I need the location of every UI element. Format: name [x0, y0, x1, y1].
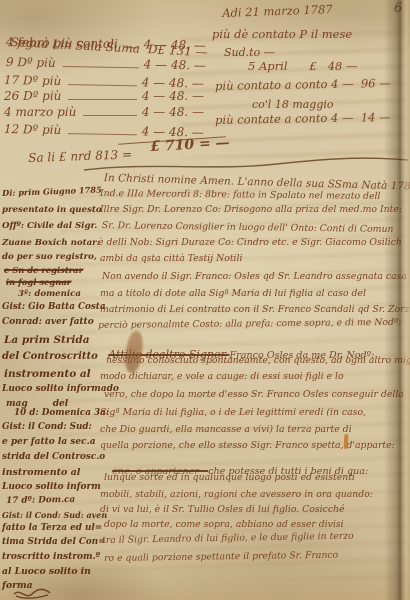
ledger-leader-line [125, 47, 139, 48]
body-line: è delli Nob: Sigri Duraze Co: Cindro etc… [98, 238, 402, 247]
body-line: modo dichiarar, e vole a cauge: di essi … [100, 372, 344, 381]
margin-note: Zuane Boxich notar: [2, 239, 100, 248]
body-line: Ind.e IIIa Mercordì 8: 8bre: fatto in Sp… [100, 189, 381, 201]
page-edge-shadow [384, 0, 410, 600]
margin-note: Luoco solito inform [2, 483, 101, 492]
margin-note: 17 dº: Dom.ca [6, 496, 75, 506]
ledger-row: 17 Dº più4 — 48. — [4, 74, 204, 90]
body-line: dopo la morte, come sopra, abbiano ad es… [104, 520, 344, 529]
ledger-row-amount: 4 — 48. — [142, 106, 204, 118]
ledger-row-label: 26 Dº più [4, 90, 61, 102]
body-line: vero, che dopo la morte d'esso Sr. Franc… [104, 390, 404, 399]
ledger-right-note: più contate a conto 4 — 14 — [215, 112, 391, 127]
ledger-right-note: Sud.to — [224, 47, 275, 58]
ledger-row-amount: 4 — 48. — [144, 38, 206, 51]
ledger-right-note: 5 April £ 48 — [248, 61, 358, 73]
body-line: Illre Sigr. Dr. Lorenzo Co: Drisogono al… [100, 205, 402, 214]
body-line: che Dio guardi, ella mancasse a vivi) la… [100, 425, 352, 434]
ledger-row-amount: 4 — 48. — [142, 90, 204, 102]
ledger-leader-line [68, 99, 136, 100]
ledger-row-label: 4 marzo più [4, 106, 76, 118]
ledger-row-label: 17 Dº più [4, 74, 62, 87]
margin-note: La prim Strida [4, 335, 90, 346]
margin-note: e per fatto la sec.a [2, 438, 96, 447]
ledger-row: 4 marzo più4 — 48. — [4, 106, 204, 119]
margin-note: Luoco solito informado [2, 385, 119, 394]
ledger-row: 26 Dº più4 — 48. — [4, 90, 204, 103]
body-line: tra il Sigr. Leandro di lui figlio, e le… [102, 532, 354, 546]
orange-mark [344, 434, 349, 449]
margin-note: Gist: il Cond: Sud: aven [2, 511, 107, 519]
margin-note: Conrad: aver fatto [2, 318, 94, 327]
margin-note: instromento al [2, 468, 80, 478]
page-number: 6 [394, 2, 402, 15]
ledger-row-amount: 4 — 48. — [142, 76, 204, 89]
ledger-date-line: Adi 21 marzo 1787 [222, 4, 333, 19]
body-line: Sr. Dr. Lorenzo Consiglier in luogo dell… [102, 221, 394, 234]
ledger-row-amount: 4 — 48. — [144, 58, 206, 71]
margin-note: Gist: Gio Batta Costa [2, 303, 106, 312]
margin-note: presentato in questo [2, 206, 102, 215]
margin-note-struck: e Sn de registrar [4, 266, 83, 274]
body-line: ambi da qsta città Testij Notili [100, 254, 242, 263]
ledger-leader-line [68, 84, 136, 86]
margin-note-struck: in fogl segnar [6, 278, 71, 286]
body-line: mobili, stabili, azioni, ragioni che ave… [100, 490, 373, 499]
ledger-right-note: più contato a conto 4 — 96 — [215, 78, 391, 93]
margin-note: Gist: il Cond: Sud: [2, 423, 92, 432]
body-line: perciò personalmte Costo: alla prefa: co… [98, 318, 401, 330]
body-line: quella porzione, che ello stesso Sigr. F… [100, 441, 395, 450]
body-line: nessuno conosciuto spontaneamte, con que… [106, 356, 410, 365]
ledger-leader-line [83, 115, 137, 116]
margin-note: 3ª: domenica [18, 290, 81, 299]
ledger-right-note: più dè contato P il mese [212, 29, 352, 41]
ledger-leader-line [68, 133, 136, 135]
ledger-leader-line [63, 66, 139, 68]
margin-note: troscritto instrom.º [2, 553, 100, 562]
ledger-row-label: 12 Dº più [4, 123, 62, 136]
margin-note: del Controscritto [2, 352, 98, 362]
manuscript-page: 6 Segua Lin Sala Suma D£ 131 — 4 febrò p… [0, 0, 410, 600]
margin-note: al Luoco solito in [2, 567, 91, 576]
body-line: ma a titolo di dote alla Sigª Maria di l… [100, 289, 366, 298]
ledger-row-label: 9 Dº più [6, 56, 56, 69]
signature-flourish [12, 588, 52, 600]
body-line: ro e quali porzione spettante il prefato… [104, 551, 338, 564]
body-line: di vi va lui, è il Sr. Tullio Osles di l… [100, 505, 345, 514]
margin-note: instromento al [4, 369, 91, 380]
margin-note: fatto la Terza ed ul= [2, 524, 102, 533]
body-line: lunque sorte ed in qualunque luogo posti… [104, 473, 355, 482]
margin-note: Offº: Civile dal Sigr. [2, 222, 97, 231]
body-line: matrimonio di Lei contratto con il Sr. F… [100, 305, 410, 314]
body-line: Sigª Maria di lui figlia, o i de Lei leg… [100, 408, 366, 417]
ledger-right-note: co'l 18 maggio [252, 99, 334, 110]
ledger-row-label: 4 febrò più contoli [6, 36, 118, 50]
margin-note: strida del Controsc.o [2, 453, 105, 462]
margin-note: Di: prim Giugno 1785 [2, 186, 102, 198]
body-line: Non avendo il Sigr. Franco: Osles qd Sr.… [102, 272, 410, 281]
margin-note: 10 d: Domenica 3a: [14, 409, 109, 418]
margin-note: do per suo registro, [2, 253, 97, 262]
margin-note: tima Strida del Con= [2, 538, 106, 547]
